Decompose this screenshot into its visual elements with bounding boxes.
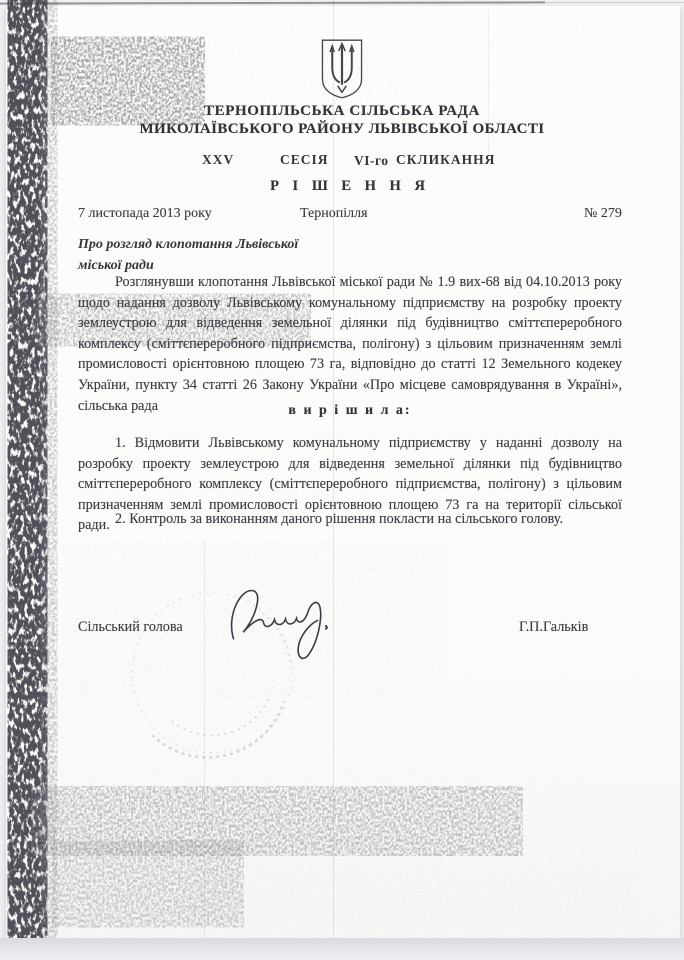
convocation-number: VI-го (354, 153, 389, 169)
signatory-name: Г.П.Гальків (519, 619, 588, 636)
signatory-title: Сільський голова (78, 619, 183, 636)
district-line: МИКОЛАЇВСЬКОГО РАЙОНУ ЛЬВІВСЬКОЇ ОБЛАСТІ (0, 121, 684, 138)
tryzub-emblem-icon (320, 38, 364, 101)
subject-block: Про розгляд клопотання Львівської місько… (78, 234, 298, 276)
session-word: СЕСІЯ (280, 152, 329, 168)
signature-scribble (220, 575, 350, 681)
subject-line-1: Про розгляд клопотання Львівської (78, 234, 298, 255)
convocation-word: СКЛИКАННЯ (396, 152, 495, 168)
document-type-title: Р І Ш Е Н Н Я (250, 178, 450, 195)
scan-top-edge-faint (545, 2, 684, 3)
preamble-paragraph: Розглянувши клопотання Львівської місько… (78, 272, 622, 416)
resolution-item-2: 2. Контроль за виконанням даного рішення… (78, 509, 622, 530)
council-name: ТЕРНОПІЛЬСЬКА СІЛЬСЬКА РАДА (0, 103, 684, 120)
scan-top-edge (0, 1, 545, 4)
document-place: Тернопілля (300, 206, 368, 222)
document-date: 7 листопада 2013 року (78, 206, 212, 222)
resolution-word: в и р і ш и л а: (78, 403, 622, 419)
session-number: XXV (202, 152, 234, 168)
scanned-document: ТЕРНОПІЛЬСЬКА СІЛЬСЬКА РАДА МИКОЛАЇВСЬКО… (0, 0, 684, 960)
scan-bottom-edge (0, 938, 684, 960)
document-number: № 279 (584, 206, 622, 222)
